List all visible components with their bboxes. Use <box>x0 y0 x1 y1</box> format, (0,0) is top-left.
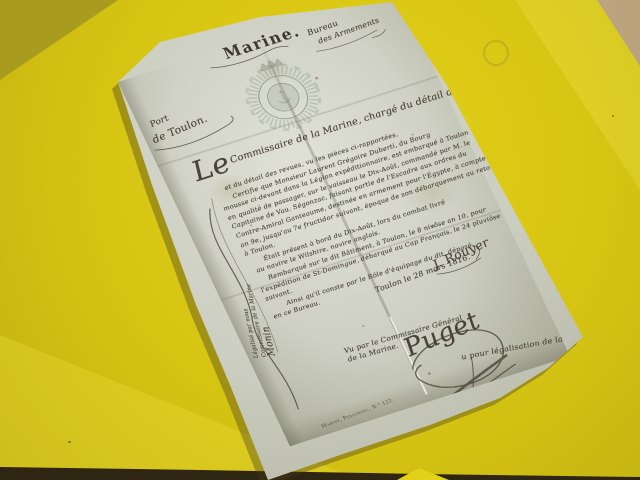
document-page: Marine. Bureau des Armements Port de Tou… <box>118 0 570 446</box>
background-speck <box>612 115 614 117</box>
background-speck <box>68 441 71 443</box>
photo-scene: Marine. Bureau des Armements Port de Tou… <box>0 0 640 480</box>
ring-stain-mark <box>483 40 509 66</box>
